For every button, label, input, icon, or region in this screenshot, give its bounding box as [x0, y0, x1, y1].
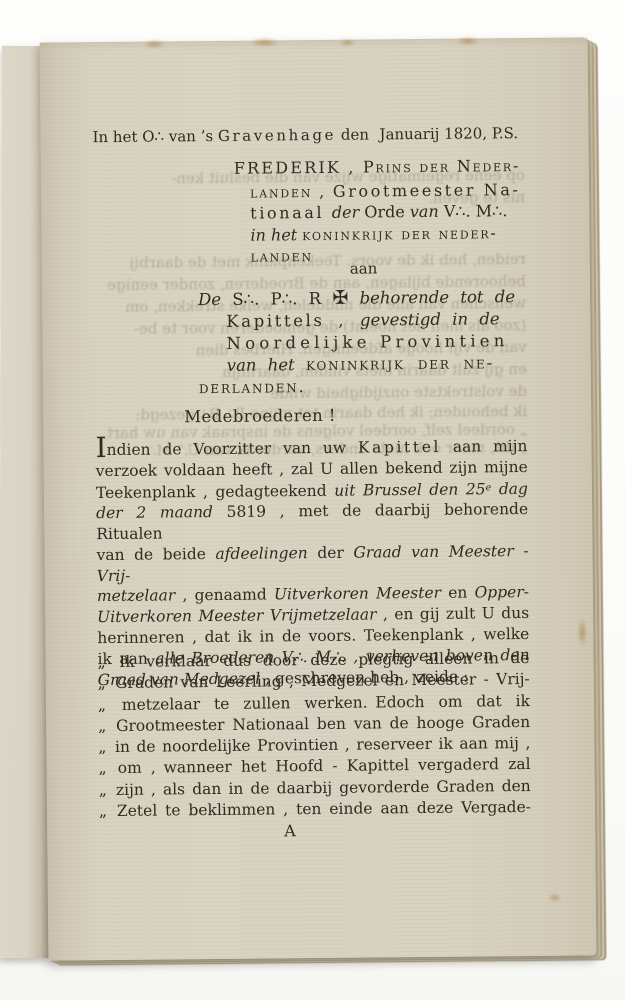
text-segment: aan mijn — [441, 437, 528, 456]
text-segment: „ — [99, 781, 116, 799]
dateline: In het O∴ van ’s Gravenhage den Januarij… — [92, 124, 524, 146]
text-segment: „ — [98, 759, 117, 777]
text-line: van de beide afdeelingen der Graad van M… — [96, 541, 528, 587]
text-line: der 2 maand 5819 , met de daarbij behore… — [96, 499, 528, 545]
text-segment: , genaamd — [182, 586, 274, 605]
text-segment: „ — [98, 717, 116, 735]
text-segment: den — [336, 125, 369, 143]
text-segment: ✠ — [332, 287, 348, 309]
text-line: De S∴. P∴. R ✠ behorende tot de — [198, 286, 515, 311]
text-column: op eene regelmatige wijze van die beslui… — [92, 38, 533, 960]
text-segment: De — [198, 290, 232, 309]
sender-address-block: FREDERIK , Prins der Neder-landen , Groo… — [250, 155, 521, 268]
text-segment: zijn , als dan in de daarbij gevorderde … — [116, 777, 531, 799]
text-segment: Kapittels , — [226, 310, 360, 330]
quoted-declaration: „ Ik verklaar dus door deze plegtig alle… — [97, 648, 531, 823]
foxing-stain — [577, 617, 587, 647]
text-line: tionaal der Orde van V∴. M∴. — [250, 200, 521, 224]
text-segment: In het O∴ van ’s — [92, 127, 218, 146]
text-line: Kapittels , gevestigd in de — [226, 308, 515, 333]
text-segment: ndien de Voorzitter van uw — [106, 439, 357, 459]
text-segment: Grootmeester Nationaal ben van de hooge … — [116, 713, 530, 735]
text-segment: behorende tot de — [348, 287, 515, 308]
text-segment: gevestigd in de — [360, 309, 500, 329]
text-segment: Teekenplank , gedagteekend — [96, 481, 334, 501]
text-segment: dag — [491, 479, 528, 497]
text-segment: Kapittel — [358, 438, 441, 457]
text-line: van het koninkrijk der ne- — [227, 352, 516, 377]
text-segment: „ — [98, 674, 116, 692]
text-segment: Uitverkoren Meester Vrijmetzelaar — [97, 606, 383, 627]
text-line: Noordelijke Provintien — [226, 330, 515, 355]
text-segment: van — [410, 202, 444, 221]
text-segment: landen — [251, 246, 313, 266]
text-line: in het koninkrijk der neder- — [250, 222, 521, 246]
dateline-date: Januarij 1820, P.S. — [379, 124, 518, 143]
printed-text: In het O∴ van ’s Gravenhage den Januarij… — [92, 38, 533, 960]
aan-word: aan — [350, 259, 378, 277]
foxing-stain — [548, 894, 562, 902]
text-segment: Graden van Leerling , Medgezel en Meeste… — [115, 670, 530, 692]
text-segment: metzelaar te zullen werken. Edoch om dat… — [122, 692, 530, 714]
text-line: FREDERIK , Prins der Neder- — [234, 155, 521, 179]
text-segment: afdeelingen — [215, 544, 317, 563]
text-segment: Grootmeester Na- — [333, 180, 521, 201]
text-segment: FREDERIK , — [234, 158, 363, 178]
text-segment: „ — [98, 738, 115, 756]
text-segment: en — [448, 584, 475, 602]
text-segment: Prins der Neder- — [363, 156, 520, 177]
text-segment: „ — [99, 802, 117, 820]
text-segment: metzelaar — [97, 587, 183, 606]
text-segment: Orde — [364, 202, 410, 221]
text-segment: om , wanneer het Hoofd - Kapittel vergad… — [118, 755, 531, 777]
text-segment: verzoek voldaan heeft , zal U allen beke… — [96, 458, 528, 480]
gathering-signature-mark: A — [284, 821, 297, 840]
book-photograph: op eene regelmatige wijze van die beslui… — [0, 0, 625, 1000]
text-segment: in de noordelijke Provintien , reserveer… — [115, 734, 531, 756]
text-segment: koninkrijk der neder- — [302, 223, 497, 244]
text-segment: , en gij zult U dus — [383, 604, 529, 623]
text-segment: Zetel te beklimmen , ten einde aan deze … — [117, 798, 531, 820]
text-segment: van de beide — [96, 545, 215, 564]
text-segment: der — [332, 203, 365, 222]
text-line: „ Zetel te beklimmen , ten einde aan dez… — [99, 797, 531, 822]
text-segment: der — [317, 543, 353, 561]
text-segment: van het — [227, 355, 306, 375]
recipient-address-block: De S∴. P∴. R ✠ behorende tot deKapittels… — [226, 286, 516, 398]
text-segment: tionaal — [250, 203, 332, 223]
text-segment: uit Brussel den 25 — [334, 480, 486, 499]
text-segment: landen , — [250, 181, 333, 201]
salutation: Medebroederen ! — [184, 406, 336, 426]
text-segment: herinneren , dat ik in de voors. Teekenp… — [97, 625, 529, 647]
text-line: landen — [251, 243, 522, 267]
text-segment: Opper- — [474, 583, 529, 602]
text-line: landen , Grootmeester Na- — [250, 179, 521, 203]
text-line: derlanden. — [199, 374, 516, 399]
text-segment: Noordelijke Provintien — [226, 331, 508, 353]
book-page: op eene regelmatige wijze van die beslui… — [40, 37, 597, 960]
text-segment: derlanden. — [199, 377, 306, 397]
text-segment: Gravenhage — [218, 126, 336, 145]
text-segment: der 2 maand — [96, 503, 227, 522]
text-segment: koninkrijk der ne- — [306, 353, 494, 374]
text-segment: „ — [97, 653, 119, 671]
text-segment: S∴. P∴. R — [232, 289, 332, 309]
text-segment: Uitverkoren Meester — [274, 584, 448, 604]
text-segment: „ — [98, 695, 122, 713]
text-segment: in het — [250, 225, 302, 244]
text-segment: V∴. M∴. — [444, 201, 508, 221]
text-segment: Ik verklaar dus door deze plegtig alleen… — [119, 649, 530, 671]
text-segment: I — [95, 431, 106, 464]
